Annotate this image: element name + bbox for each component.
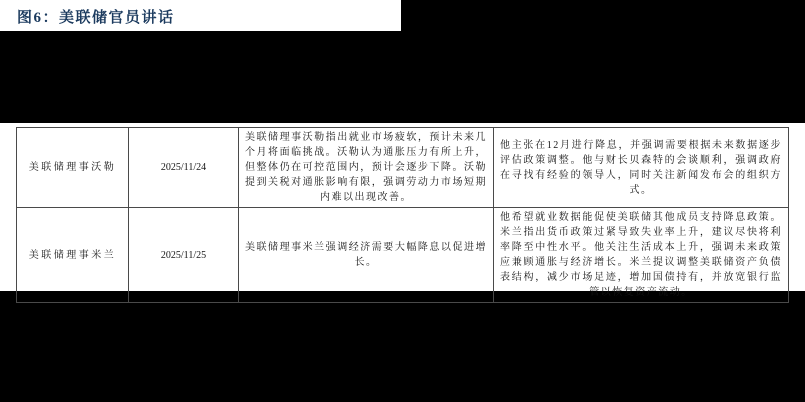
speaker-cell: 美联储理事沃勒: [17, 128, 129, 208]
table-row: 美联储理事沃勒 2025/11/24 美联储理事沃勒指出就业市场疲软，预计未来几…: [17, 128, 789, 208]
speaker-cell: 美联储理事米兰: [17, 208, 129, 303]
table-row: 美联储理事米兰 2025/11/25 美联储理事米兰强调经济需要大幅降息以促进增…: [17, 208, 789, 303]
detail-cell: 他主张在12月进行降息，并强调需要根据未来数据逐步评估政策调整。他与财长贝森特的…: [494, 128, 789, 208]
date-cell: 2025/11/25: [129, 208, 239, 303]
figure-title-strip: 图6：美联储官员讲话: [0, 0, 401, 31]
detail-cell: 他希望就业数据能促使美联储其他成员支持降息政策。米兰指出货币政策过紧导致失业率上…: [494, 208, 789, 303]
summary-cell: 美联储理事沃勒指出就业市场疲软，预计未来几个月将面临挑战。沃勒认为通胀压力有所上…: [239, 128, 494, 208]
fed-officials-speech-table: 美联储理事沃勒 2025/11/24 美联储理事沃勒指出就业市场疲软，预计未来几…: [16, 127, 789, 303]
summary-cell: 美联储理事米兰强调经济需要大幅降息以促进增长。: [239, 208, 494, 303]
date-cell: 2025/11/24: [129, 128, 239, 208]
figure-title: 图6：美联储官员讲话: [17, 6, 175, 27]
table-page-area: 美联储理事沃勒 2025/11/24 美联储理事沃勒指出就业市场疲软，预计未来几…: [0, 123, 805, 291]
